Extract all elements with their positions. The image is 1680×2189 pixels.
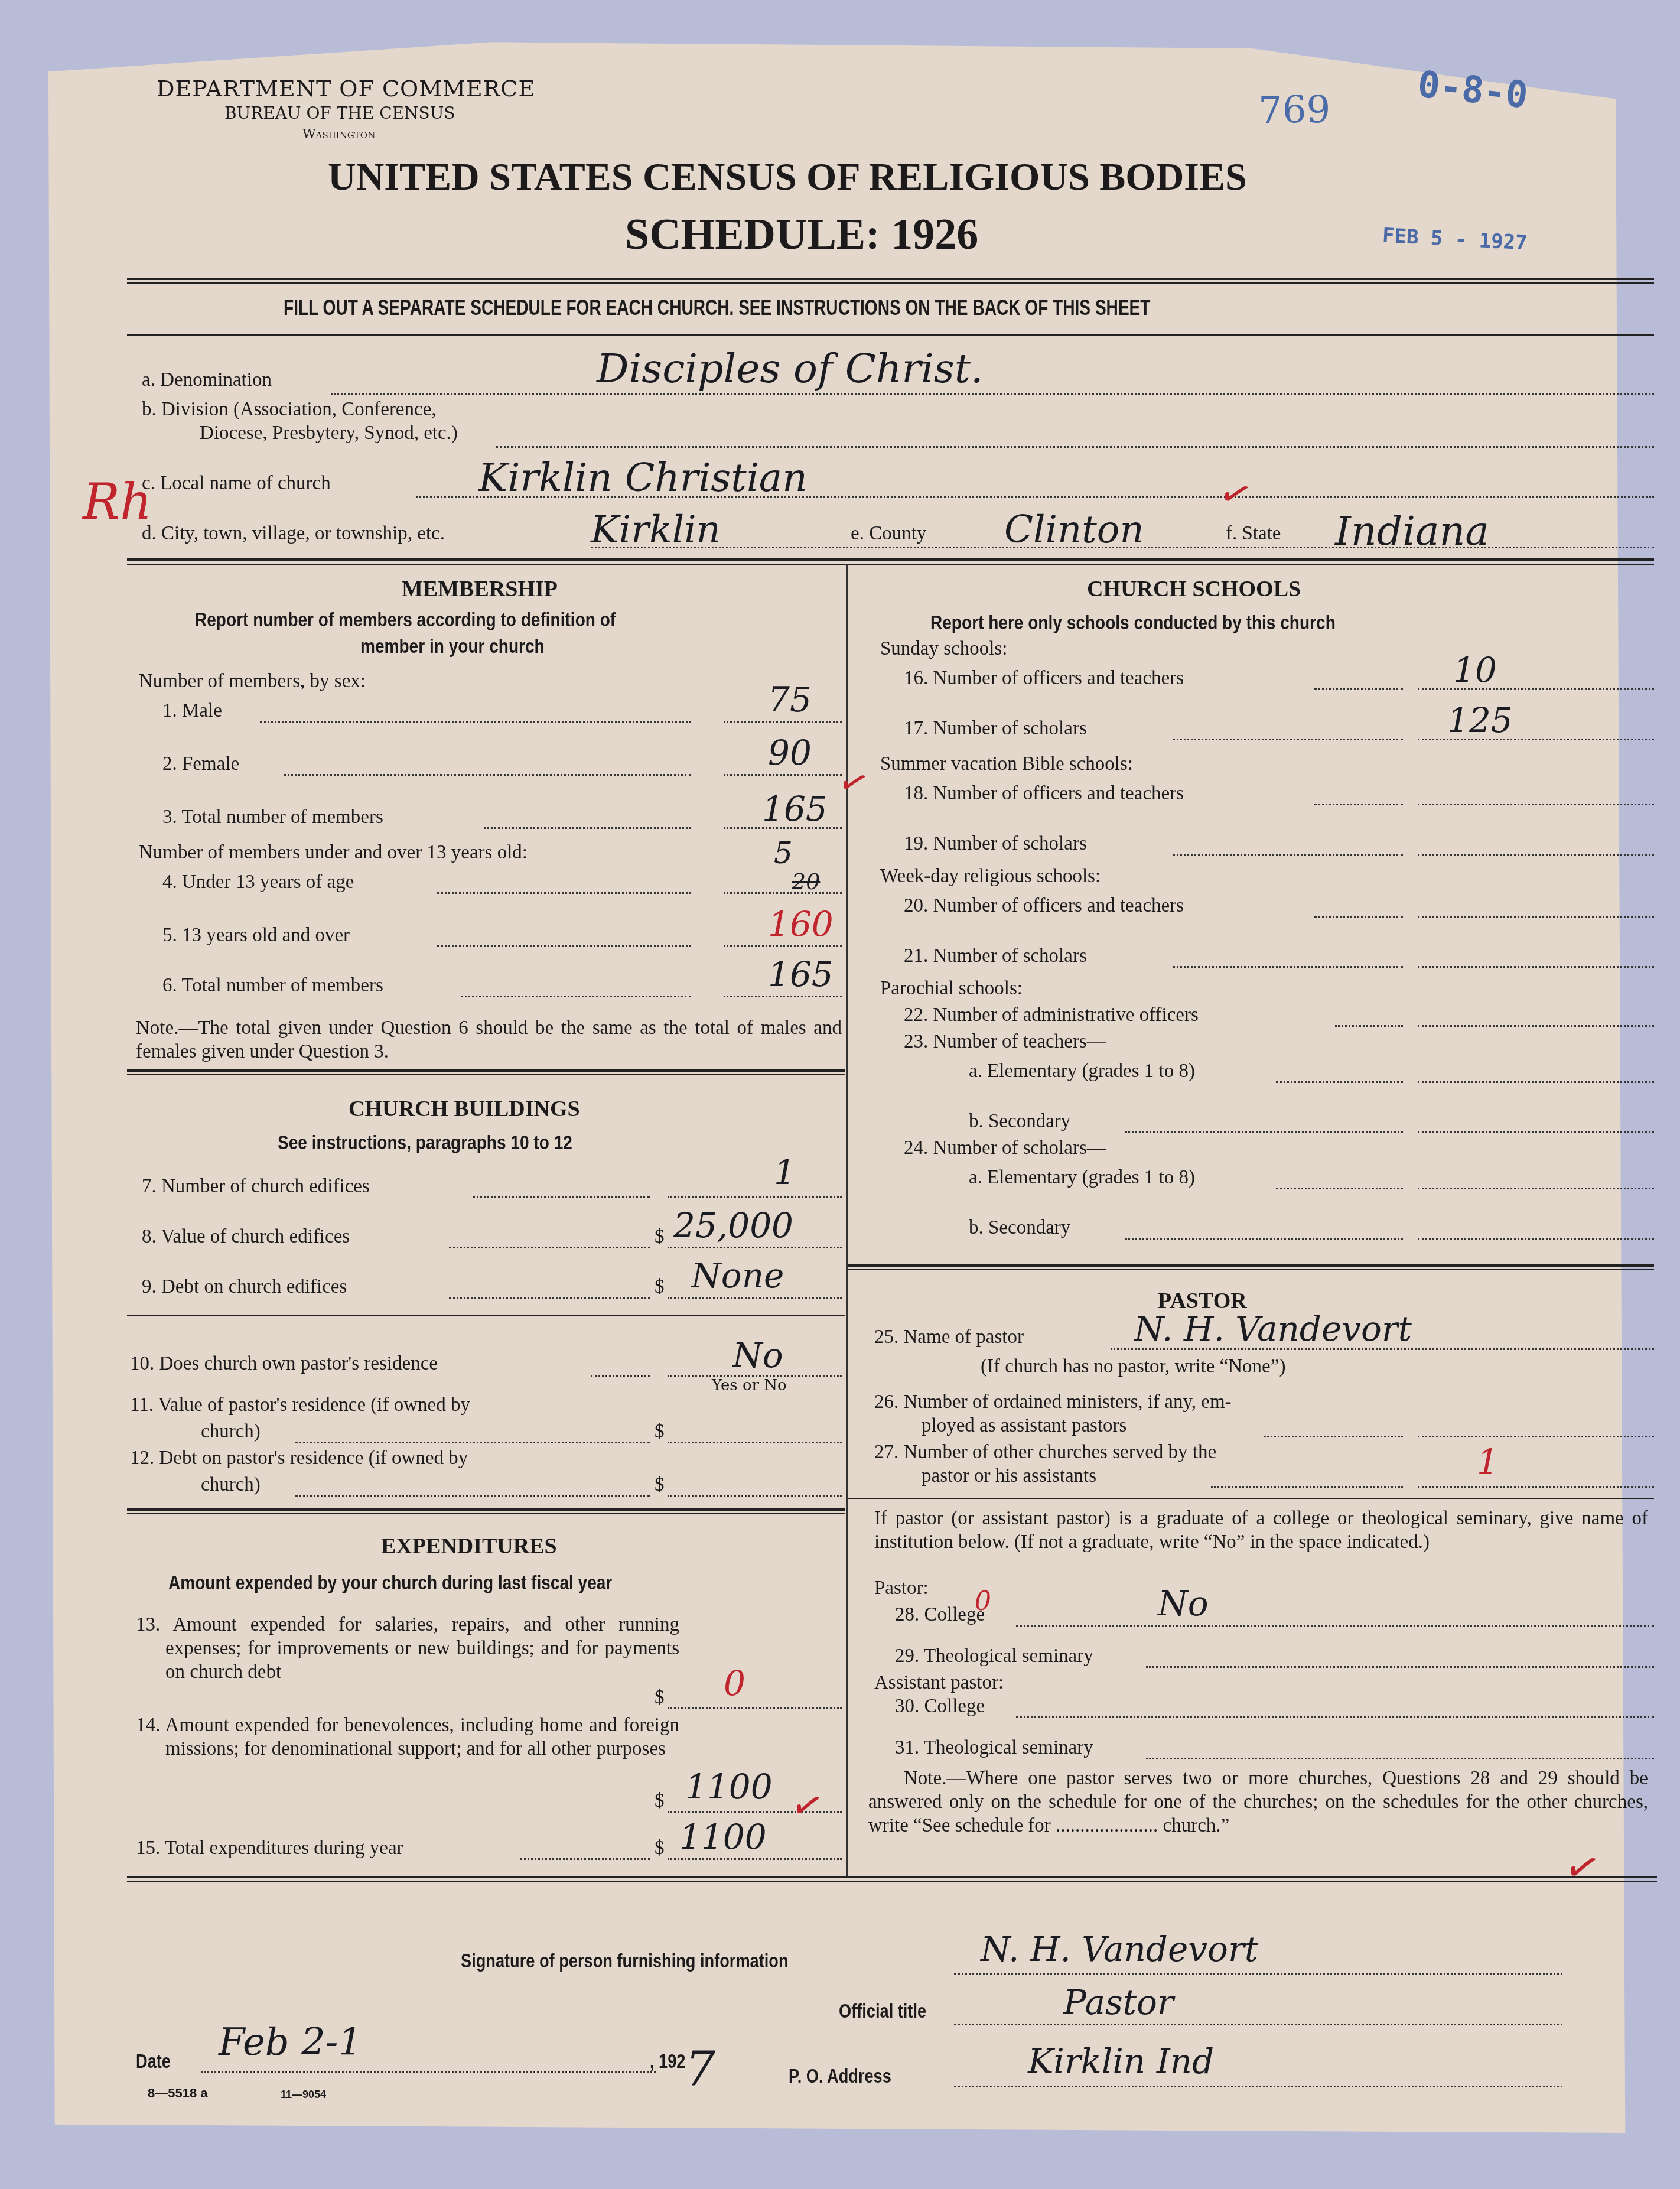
- female-label: 2. Female: [162, 753, 239, 775]
- denomination-label: a. Denomination: [142, 369, 272, 391]
- parochial-scholars-elementary-label: a. Elementary (grades 1 to 8): [969, 1167, 1195, 1189]
- edifices-debt-line: [668, 1297, 842, 1299]
- sunday-scholars-label: 17. Number of scholars: [904, 718, 1087, 740]
- residence-value-leader: [295, 1442, 650, 1443]
- signature-field[interactable]: N. H. Vandevort: [981, 1929, 1258, 1969]
- owns-residence-label: 10. Does church own pastor's residence: [130, 1353, 438, 1375]
- division-line: [496, 446, 1654, 448]
- sunday-scholars-field[interactable]: 125: [1447, 700, 1513, 740]
- total-members-2-label: 6. Total number of members: [162, 975, 383, 997]
- parochial-teachers-elementary-line: [1418, 1081, 1654, 1083]
- church-name-label: c. Local name of church: [142, 473, 331, 495]
- pastor-name-field[interactable]: N. H. Vandevort: [1134, 1309, 1412, 1349]
- city-county-state-line: [591, 547, 1654, 548]
- po-address-line: [954, 2086, 1562, 2087]
- total-members-2-leader: [461, 996, 691, 997]
- buildings-bottom-rule-2: [127, 1513, 845, 1514]
- edifices-value-leader: [449, 1247, 650, 1248]
- parochial-teachers-elementary-label: a. Elementary (grades 1 to 8): [969, 1061, 1195, 1082]
- edifices-count-field[interactable]: 1: [774, 1152, 796, 1192]
- running-expenses-currency: $: [655, 1687, 665, 1709]
- parochial-scholars-elementary-leader: [1276, 1188, 1403, 1189]
- running-expenses-line: [668, 1707, 842, 1709]
- denomination-field[interactable]: Disciples of Christ.: [597, 346, 984, 392]
- residence-value-label-1: 11. Value of pastor's residence (if owne…: [130, 1394, 470, 1416]
- total-expenditures-currency: $: [655, 1837, 665, 1859]
- state-label: f. State: [1226, 523, 1281, 545]
- edifices-value-field[interactable]: 25,000: [673, 1205, 793, 1245]
- education-instructions: If pastor (or assistant pastor) is a gra…: [874, 1507, 1648, 1554]
- membership-note: Note.—The total given under Question 6 s…: [136, 1016, 842, 1063]
- edifices-value-currency: $: [655, 1226, 665, 1248]
- over-13-field[interactable]: 160: [768, 904, 834, 944]
- pastor-education-label: Pastor:: [874, 1577, 929, 1599]
- total-members-2-field[interactable]: 165: [768, 954, 834, 994]
- assistant-seminary-label: 31. Theological seminary: [895, 1737, 1093, 1759]
- male-line: [724, 721, 842, 723]
- schools-subheading: Report here only schools conducted by th…: [930, 612, 1336, 634]
- identification-rule: [127, 558, 1654, 561]
- residence-debt-line: [668, 1495, 842, 1497]
- edifices-debt-currency: $: [655, 1276, 665, 1298]
- official-title-line: [954, 2024, 1562, 2025]
- department-name: DEPARTMENT OF COMMERCE: [157, 76, 535, 102]
- parochial-teachers-secondary-leader: [1125, 1131, 1403, 1133]
- parochial-officers-leader: [1335, 1025, 1403, 1027]
- parochial-scholars-secondary-leader: [1125, 1238, 1403, 1240]
- parochial-teachers-secondary-line: [1418, 1131, 1654, 1133]
- expenditures-heading: EXPENDITURES: [381, 1533, 557, 1559]
- running-expenses-field[interactable]: 0: [724, 1663, 745, 1703]
- city-label: d. City, town, village, or township, etc…: [142, 523, 445, 545]
- under-13-line: [724, 892, 842, 894]
- bureau-name: BUREAU OF THE CENSUS: [224, 103, 455, 123]
- by-sex-label: Number of members, by sex:: [139, 671, 366, 692]
- membership-rule-2: [127, 1074, 845, 1075]
- header-rule-bottom: [127, 334, 1654, 336]
- membership-heading: MEMBERSHIP: [402, 576, 558, 602]
- by-age-label: Number of members under and over 13 year…: [139, 842, 528, 864]
- parochial-scholars-label: 24. Number of scholars—: [904, 1137, 1106, 1159]
- footer-rule-2: [127, 1881, 1657, 1882]
- total-members-2-line: [724, 996, 842, 997]
- weekday-teachers-label: 20. Number of officers and teachers: [904, 895, 1184, 917]
- edifices-debt-leader: [449, 1297, 650, 1299]
- other-churches-line: [1418, 1486, 1654, 1488]
- pastor-rule: [848, 1498, 1654, 1499]
- year-prefix: , 192: [650, 2050, 686, 2073]
- total-expenditures-leader: [520, 1858, 650, 1860]
- residence-debt-label-1: 12. Debt on pastor's residence (if owned…: [130, 1448, 468, 1469]
- weekday-teachers-leader: [1314, 916, 1403, 918]
- buildings-subheading: See instructions, paragraphs 10 to 12: [278, 1131, 572, 1154]
- male-leader: [260, 721, 691, 723]
- signature-label: Signature of person furnishing informati…: [461, 1950, 789, 1973]
- city-name: Washington: [302, 127, 375, 142]
- denomination-line: [331, 393, 1654, 395]
- under-13-leader: [437, 892, 691, 894]
- weekday-scholars-label: 21. Number of scholars: [904, 945, 1087, 967]
- benevolences-currency: $: [655, 1790, 665, 1812]
- pastor-name-hint: (If church has no pastor, write “None”): [981, 1356, 1285, 1378]
- division-label-2: Diocese, Presbytery, Synod, etc.): [200, 422, 458, 444]
- pastor-college-label: 28. College: [895, 1604, 985, 1626]
- sunday-teachers-label: 16. Number of officers and teachers: [904, 668, 1184, 689]
- county-label: e. County: [851, 523, 926, 545]
- owns-residence-leader: [591, 1375, 650, 1377]
- female-count-field[interactable]: 90: [768, 733, 812, 773]
- date-label: Date: [136, 2050, 171, 2073]
- other-churches-field[interactable]: 1: [1477, 1442, 1499, 1482]
- parochial-scholars-secondary-line: [1418, 1238, 1654, 1240]
- benevolences-label: 14. Amount expended for benevolences, in…: [136, 1713, 679, 1761]
- sunday-scholars-leader: [1173, 739, 1403, 740]
- edifices-count-leader: [473, 1196, 650, 1198]
- weekday-scholars-line: [1418, 966, 1654, 968]
- other-churches-label-2: pastor or his assistants: [922, 1465, 1096, 1487]
- edifices-count-label: 7. Number of church edifices: [142, 1176, 370, 1198]
- form-title: UNITED STATES CENSUS OF RELIGIOUS BODIES: [328, 155, 1247, 200]
- pastor-seminary-label: 29. Theological seminary: [895, 1645, 1093, 1667]
- expenditures-subheading: Amount expended by your church during la…: [168, 1572, 612, 1594]
- total-members-field[interactable]: 165: [762, 789, 828, 829]
- summer-schools-label: Summer vacation Bible schools:: [880, 753, 1133, 775]
- residence-debt-leader: [295, 1495, 650, 1497]
- parochial-officers-line: [1418, 1025, 1654, 1027]
- other-churches-leader: [1211, 1486, 1403, 1488]
- header-rule-top-2: [127, 282, 1654, 284]
- over-13-leader: [437, 945, 691, 947]
- pastor-college-line: [1016, 1625, 1654, 1627]
- residence-debt-label-2: church): [201, 1474, 261, 1496]
- summer-teachers-label: 18. Number of officers and teachers: [904, 783, 1184, 805]
- total-expenditures-field[interactable]: 1100: [679, 1817, 767, 1857]
- assistant-college-line: [1016, 1716, 1654, 1718]
- sunday-schools-label: Sunday schools:: [880, 638, 1007, 660]
- assistant-seminary-line: [1146, 1758, 1654, 1759]
- female-line: [724, 774, 842, 776]
- buildings-bottom-rule: [127, 1508, 845, 1511]
- pastor-name-label: 25. Name of pastor: [874, 1326, 1024, 1348]
- weekday-schools-label: Week-day religious schools:: [880, 866, 1101, 887]
- over-13-label: 5. 13 years old and over: [162, 925, 350, 946]
- assistant-college-label: 30. College: [895, 1696, 985, 1718]
- edifices-debt-label: 9. Debt on church edifices: [142, 1276, 347, 1298]
- total-expenditures-label: 15. Total expenditures during year: [136, 1837, 403, 1859]
- schools-heading: CHURCH SCHOOLS: [1087, 576, 1301, 602]
- summer-teachers-leader: [1314, 804, 1403, 805]
- pastor-college-mark: 0: [975, 1586, 991, 1616]
- weekday-teachers-line: [1418, 916, 1654, 918]
- residence-value-line: [668, 1442, 842, 1443]
- membership-subheading-2: member in your church: [360, 635, 545, 658]
- under-13-struck-value: 20: [792, 869, 820, 895]
- pastor-college-field[interactable]: No: [1158, 1583, 1209, 1624]
- over-13-line: [724, 945, 842, 947]
- sunday-teachers-field[interactable]: 10: [1453, 650, 1497, 690]
- total-members-leader: [484, 827, 691, 829]
- under-13-field[interactable]: 5: [774, 836, 793, 870]
- female-leader: [284, 774, 691, 776]
- year-field[interactable]: 7: [685, 2041, 715, 2096]
- official-title-field[interactable]: Pastor: [1063, 1982, 1174, 2022]
- serial-number-stamp: 769: [1258, 89, 1330, 132]
- summer-scholars-label: 19. Number of scholars: [904, 833, 1087, 855]
- parochial-scholars-secondary-label: b. Secondary: [969, 1217, 1070, 1239]
- assistant-ministers-line: [1418, 1436, 1654, 1437]
- assistant-ministers-label-1: 26. Number of ordained ministers, if any…: [874, 1391, 1232, 1413]
- edifices-value-label: 8. Value of church edifices: [142, 1226, 350, 1248]
- po-address-field[interactable]: Kirklin Ind: [1028, 2041, 1214, 2081]
- city-field[interactable]: Kirklin: [591, 508, 721, 552]
- schools-rule: [848, 1264, 1654, 1267]
- residence-value-currency: $: [655, 1421, 665, 1443]
- date-field[interactable]: Feb 2-1: [219, 2021, 362, 2064]
- male-count-field[interactable]: 75: [768, 679, 812, 720]
- weekday-scholars-leader: [1173, 966, 1403, 968]
- date-line: [201, 2071, 656, 2073]
- membership-subheading-1: Report number of members according to de…: [195, 609, 616, 631]
- residence-debt-currency: $: [655, 1474, 665, 1496]
- parochial-scholars-elementary-line: [1418, 1188, 1654, 1189]
- official-title-label: Official title: [839, 2000, 926, 2023]
- buildings-rule: [127, 1315, 845, 1316]
- yes-or-no-hint: Yes or No: [712, 1377, 787, 1394]
- county-field[interactable]: Clinton: [1004, 508, 1144, 552]
- edifices-count-line: [668, 1196, 842, 1198]
- edifices-debt-field[interactable]: None: [691, 1255, 784, 1296]
- assistant-ministers-leader: [1264, 1436, 1403, 1437]
- under-13-label: 4. Under 13 years of age: [162, 871, 354, 893]
- male-label: 1. Male: [162, 700, 222, 722]
- po-address-label: P. O. Address: [789, 2065, 891, 2088]
- parochial-teachers-secondary-label: b. Secondary: [969, 1111, 1070, 1133]
- form-number: 8—5518 a: [148, 2086, 208, 2101]
- schools-rule-2: [848, 1269, 1654, 1270]
- pastor-note: Note.—Where one pastor serves two or mor…: [868, 1767, 1648, 1837]
- parochial-officers-label: 22. Number of administrative officers: [904, 1004, 1199, 1026]
- pastor-seminary-line: [1146, 1666, 1654, 1668]
- summer-scholars-line: [1418, 854, 1654, 856]
- assistant-education-label: Assistant pastor:: [874, 1672, 1004, 1694]
- assistant-ministers-label-2: ployed as assistant pastors: [922, 1415, 1126, 1437]
- total-expenditures-line: [668, 1858, 842, 1860]
- division-label-1: b. Division (Association, Conference,: [142, 399, 437, 421]
- fill-out-instruction: FILL OUT A SEPARATE SCHEDULE FOR EACH CH…: [284, 295, 1150, 320]
- parochial-schools-label: Parochial schools:: [880, 978, 1023, 1000]
- summer-scholars-leader: [1173, 854, 1403, 856]
- signature-line: [954, 1973, 1562, 1975]
- residence-value-label-2: church): [201, 1421, 261, 1443]
- other-churches-label-1: 27. Number of other churches served by t…: [874, 1442, 1216, 1463]
- benevolences-field[interactable]: 1100: [685, 1767, 773, 1807]
- summer-teachers-line: [1418, 804, 1654, 805]
- header-rule-top: [127, 278, 1654, 280]
- identification-rule-2: [127, 564, 1654, 565]
- schedule-year: SCHEDULE: 1926: [625, 210, 978, 260]
- parochial-teachers-label: 23. Number of teachers—: [904, 1031, 1106, 1053]
- parochial-teachers-elementary-leader: [1276, 1081, 1403, 1083]
- print-number: 11—9054: [281, 2089, 326, 2101]
- church-name-field[interactable]: Kirklin Christian: [478, 455, 808, 500]
- membership-rule: [127, 1069, 845, 1072]
- owns-residence-field[interactable]: No: [732, 1335, 783, 1375]
- buildings-heading: CHURCH BUILDINGS: [349, 1096, 580, 1122]
- sunday-teachers-leader: [1314, 688, 1403, 690]
- edifices-value-line: [668, 1247, 842, 1248]
- total-members-label: 3. Total number of members: [162, 806, 383, 828]
- running-expenses-label: 13. Amount expended for salaries, repair…: [136, 1613, 679, 1684]
- footer-rule: [127, 1876, 1657, 1878]
